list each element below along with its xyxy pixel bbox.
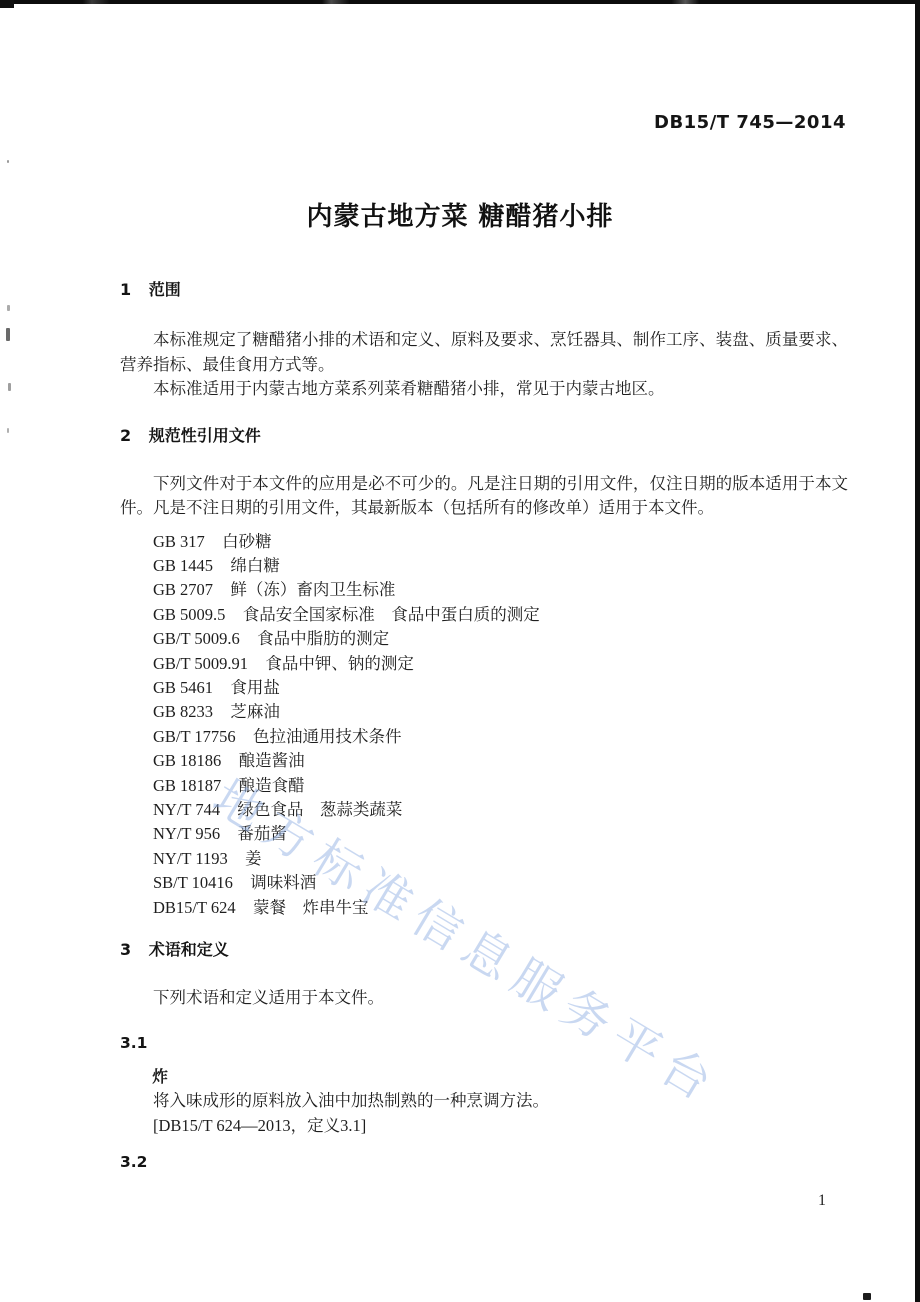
scan-speck	[7, 428, 9, 433]
clause-3-1-number: 3.1	[120, 1032, 848, 1054]
reference-item: SB/T 10416调味料酒	[153, 871, 848, 895]
document-page: 地方标准信息服务平台 DB15/T 745—2014 内蒙古地方菜 糖醋猪小排 …	[0, 0, 920, 1302]
reference-code: GB 5461	[153, 678, 213, 697]
document-body: 1范围 本标准规定了糖醋猪小排的术语和定义、原料及要求、烹饪器具、制作工序、装盘…	[120, 279, 848, 1173]
section-2-heading: 2规范性引用文件	[120, 425, 848, 447]
scan-artifact-corner	[0, 0, 14, 8]
reference-title: 芝麻油	[230, 702, 280, 721]
reference-title: 绿色食品 葱蒜类蔬菜	[237, 800, 402, 819]
reference-title: 调味料酒	[250, 873, 316, 892]
reference-item: GB 317白砂糖	[153, 530, 848, 554]
reference-title: 食品中钾、钠的测定	[265, 654, 414, 673]
reference-title: 蒙餐 炸串牛宝	[253, 898, 369, 917]
reference-code: GB/T 17756	[153, 727, 236, 746]
reference-code: GB/T 5009.91	[153, 654, 248, 673]
reference-code: GB 1445	[153, 556, 213, 575]
reference-code: GB 18187	[153, 776, 221, 795]
reference-title: 食品中脂肪的测定	[257, 629, 389, 648]
reference-code: GB 18186	[153, 751, 221, 770]
section-2-number: 2	[120, 426, 131, 445]
section-1-paragraph-1: 本标准规定了糖醋猪小排的术语和定义、原料及要求、烹饪器具、制作工序、装盘、质量要…	[120, 328, 848, 377]
reference-title: 食用盐	[230, 678, 280, 697]
section-1-title: 范围	[149, 280, 181, 299]
reference-title: 姜	[245, 849, 262, 868]
normative-references-list: GB 317白砂糖 GB 1445绵白糖 GB 2707鲜（冻）畜肉卫生标准 G…	[120, 530, 848, 921]
scan-speck	[7, 160, 9, 163]
section-3-title: 术语和定义	[149, 940, 229, 959]
reference-title: 绵白糖	[230, 556, 280, 575]
reference-code: NY/T 956	[153, 824, 220, 843]
scan-speck	[8, 383, 11, 391]
reference-title: 鲜（冻）畜肉卫生标准	[230, 580, 395, 599]
document-title: 内蒙古地方菜 糖醋猪小排	[0, 196, 920, 233]
reference-code: GB 8233	[153, 702, 213, 721]
reference-item: NY/T 744绿色食品 葱蒜类蔬菜	[153, 798, 848, 822]
section-3-number: 3	[120, 940, 131, 959]
scan-speck	[863, 1293, 871, 1300]
clause-3-2-number: 3.2	[120, 1151, 848, 1173]
reference-title: 白砂糖	[222, 532, 272, 551]
reference-title: 食品安全国家标准 食品中蛋白质的测定	[243, 605, 540, 624]
standard-code: DB15/T 745—2014	[654, 112, 846, 133]
reference-item: GB 8233芝麻油	[153, 700, 848, 724]
term-label: 炸	[120, 1065, 848, 1090]
reference-code: SB/T 10416	[153, 873, 233, 892]
reference-item: GB 18186酿造酱油	[153, 749, 848, 773]
reference-item: NY/T 1193姜	[153, 847, 848, 871]
reference-item: NY/T 956番茄酱	[153, 822, 848, 846]
reference-item: GB 2707鲜（冻）畜肉卫生标准	[153, 578, 848, 602]
section-1-paragraph-2: 本标准适用于内蒙古地方菜系列菜肴糖醋猪小排，常见于内蒙古地区。	[120, 377, 848, 402]
reference-item: GB 5461食用盐	[153, 676, 848, 700]
reference-code: GB 317	[153, 532, 205, 551]
section-2-intro: 下列文件对于本文件的应用是必不可少的。凡是注日期的引用文件，仅注日期的版本适用于…	[120, 472, 848, 521]
reference-code: GB 5009.5	[153, 605, 225, 624]
section-2-title: 规范性引用文件	[149, 426, 261, 445]
scan-artifact-top-edge	[0, 0, 920, 4]
reference-item: GB/T 5009.6食品中脂肪的测定	[153, 627, 848, 651]
reference-code: DB15/T 624	[153, 898, 236, 917]
section-1-heading: 1范围	[120, 279, 848, 301]
reference-item: GB 1445绵白糖	[153, 554, 848, 578]
scan-speck	[6, 328, 10, 341]
reference-item: GB 18187酿造食醋	[153, 774, 848, 798]
reference-code: GB/T 5009.6	[153, 629, 240, 648]
section-3-heading: 3术语和定义	[120, 939, 848, 961]
reference-item: GB/T 5009.91食品中钾、钠的测定	[153, 652, 848, 676]
scan-speck	[7, 305, 10, 311]
reference-item: GB/T 17756色拉油通用技术条件	[153, 725, 848, 749]
reference-title: 酿造酱油	[239, 751, 305, 770]
page-number: 1	[818, 1192, 826, 1210]
reference-title: 番茄酱	[237, 824, 287, 843]
section-1-number: 1	[120, 280, 131, 299]
reference-code: NY/T 1193	[153, 849, 228, 868]
reference-item: GB 5009.5食品安全国家标准 食品中蛋白质的测定	[153, 603, 848, 627]
term-definition: 将入味成形的原料放入油中加热制熟的一种烹调方法。	[120, 1089, 848, 1114]
reference-code: NY/T 744	[153, 800, 220, 819]
reference-title: 酿造食醋	[239, 776, 305, 795]
reference-code: GB 2707	[153, 580, 213, 599]
section-3-intro: 下列术语和定义适用于本文件。	[120, 986, 848, 1011]
reference-item: DB15/T 624蒙餐 炸串牛宝	[153, 896, 848, 920]
reference-title: 色拉油通用技术条件	[253, 727, 402, 746]
term-source-reference: [DB15/T 624—2013，定义3.1]	[120, 1114, 848, 1139]
